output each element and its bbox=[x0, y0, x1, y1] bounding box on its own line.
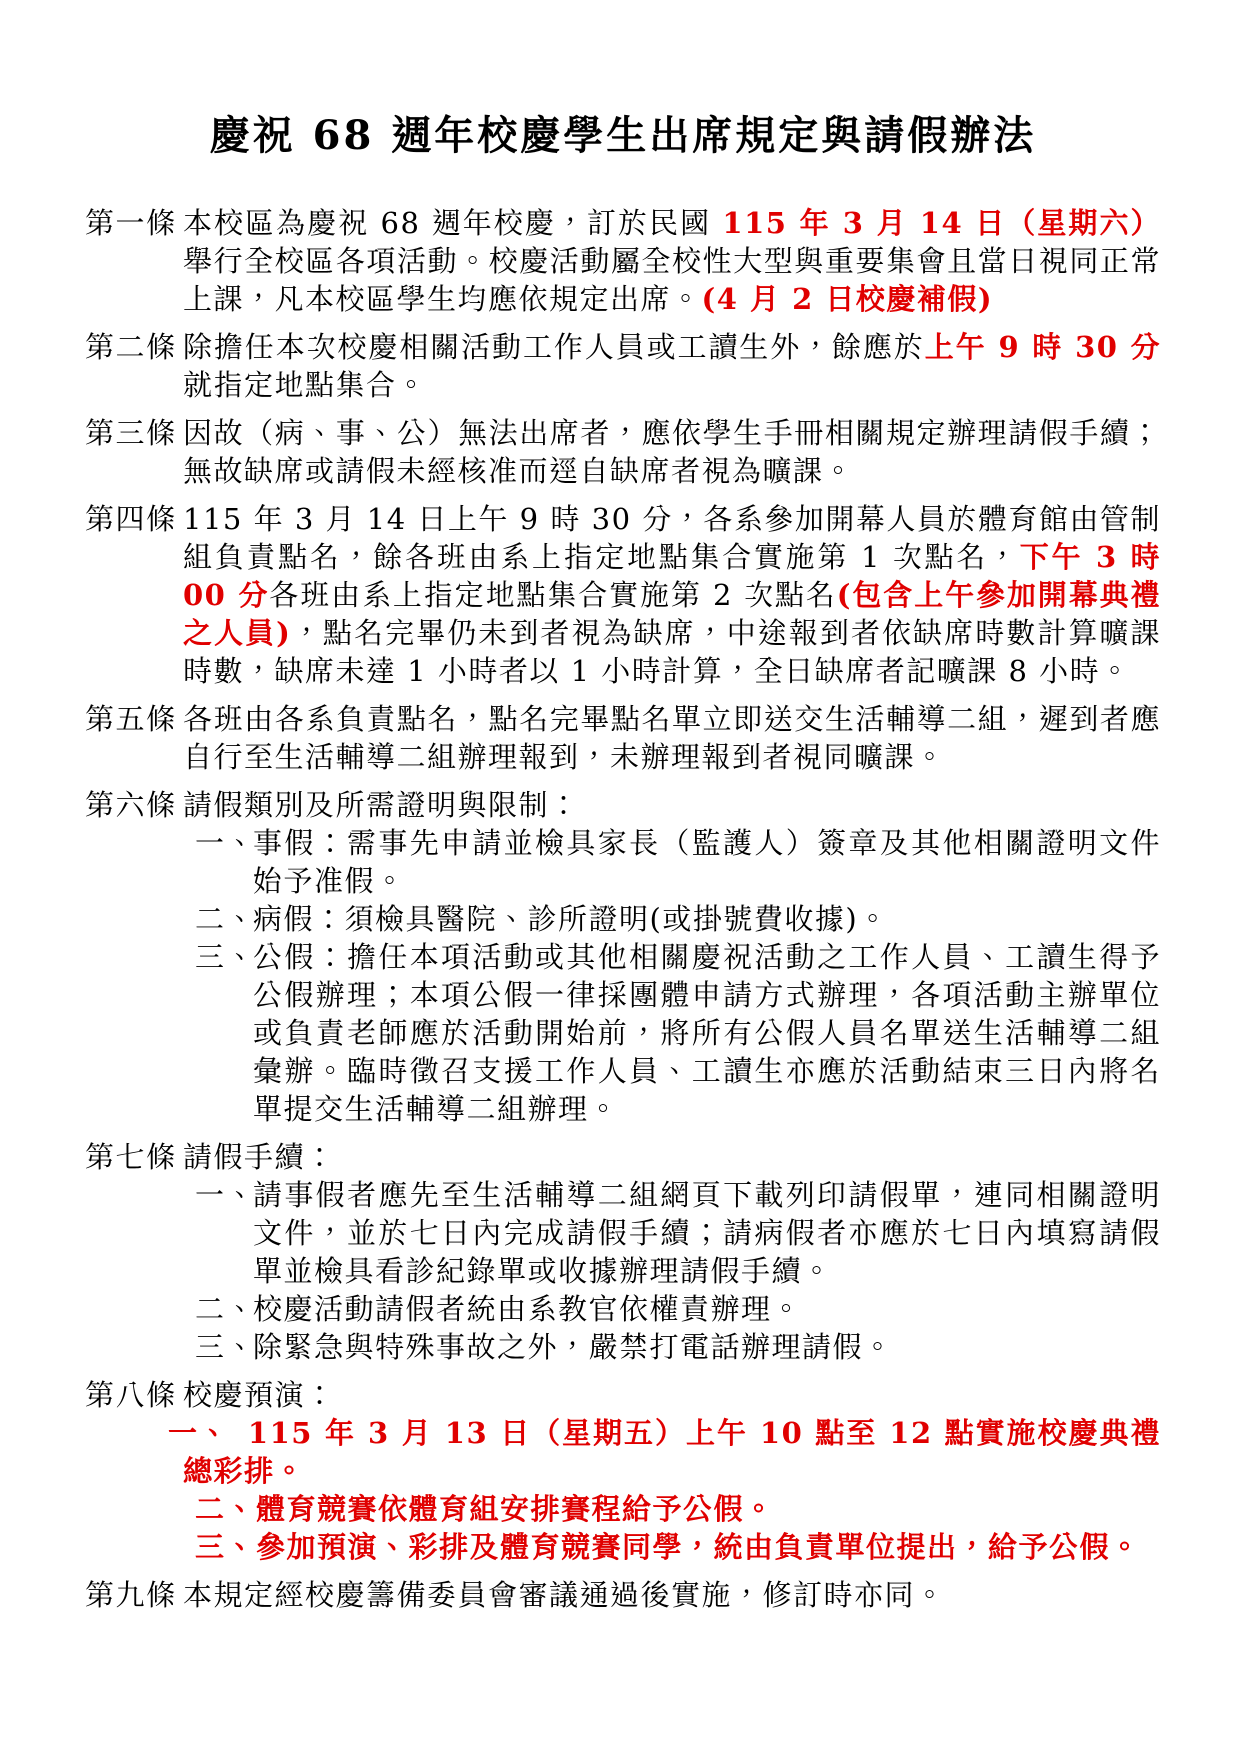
article-text: 校慶預演： bbox=[183, 1376, 1161, 1414]
article-text: 請假類別及所需證明與限制： bbox=[183, 786, 1161, 824]
article-body: 115 年 3 月 14 日上午 9 時 30 分，各系參加開幕人員於體育館由管… bbox=[183, 500, 1161, 690]
text-segment: 各班由各系負責點名，點名完畢點名單立即送交生活輔導二組，遲到者應自行至生活輔導二… bbox=[183, 702, 1161, 774]
article-label: 第三條 bbox=[85, 414, 183, 452]
item-marker: 三、 bbox=[195, 1328, 256, 1366]
article-text: 本規定經校慶籌備委員會審議通過後實施，修訂時亦同。 bbox=[183, 1576, 1161, 1614]
article-label: 第七條 bbox=[85, 1138, 183, 1176]
text-segment: 上午 9 時 30 分 bbox=[925, 330, 1161, 364]
article: 第八條校慶預演：一、115 年 3 月 13 日（星期五）上午 10 點至 12… bbox=[85, 1376, 1161, 1566]
item-marker: 一、 bbox=[168, 1416, 230, 1450]
article-label: 第二條 bbox=[85, 328, 183, 366]
article-text: 除擔任本次校慶相關活動工作人員或工讀生外，餘應於上午 9 時 30 分就指定地點… bbox=[183, 328, 1161, 404]
list-item: 二、病假：須檢具醫院、診所證明(或掛號費收據)。 bbox=[183, 900, 1161, 938]
article-label: 第一條 bbox=[85, 204, 183, 242]
article-text: 請假手續： bbox=[183, 1138, 1161, 1176]
article-label: 第九條 bbox=[85, 1576, 183, 1614]
list-item: 二、體育競賽依體育組安排賽程給予公假。 bbox=[183, 1490, 1161, 1528]
document-title: 慶祝 68 週年校慶學生出席規定與請假辦法 bbox=[85, 110, 1161, 162]
item-marker: 二、 bbox=[195, 1290, 256, 1328]
article-text: 各班由各系負責點名，點名完畢點名單立即送交生活輔導二組，遲到者應自行至生活輔導二… bbox=[183, 700, 1161, 776]
item-marker: 一、 bbox=[195, 824, 256, 862]
text-segment: 本校區為慶祝 68 週年校慶，訂於民國 bbox=[183, 206, 722, 240]
article: 第九條本規定經校慶籌備委員會審議通過後實施，修訂時亦同。 bbox=[85, 1576, 1161, 1614]
articles-list: 第一條本校區為慶祝 68 週年校慶，訂於民國 115 年 3 月 14 日（星期… bbox=[85, 204, 1161, 1614]
text-segment: 公假：擔任本項活動或其他相關慶祝活動之工作人員、工讀生得予公假辦理；本項公假一律… bbox=[253, 940, 1161, 1126]
text-segment: 請事假者應先至生活輔導二組網頁下載列印請假單，連同相關證明文件，並於七日內完成請… bbox=[253, 1178, 1161, 1288]
text-segment: 校慶活動請假者統由系教官依權責辦理。 bbox=[253, 1292, 802, 1326]
item-marker: 一、 bbox=[195, 1176, 256, 1214]
article-label: 第五條 bbox=[85, 700, 183, 738]
text-segment: 請假手續： bbox=[183, 1140, 336, 1174]
text-segment: ，點名完畢仍未到者視為缺席，中途報到者依缺席時數計算曠課時數，缺席未達 1 小時… bbox=[183, 616, 1161, 688]
item-marker: 二、 bbox=[195, 1492, 256, 1526]
list-item: 一、115 年 3 月 13 日（星期五）上午 10 點至 12 點實施校慶典禮… bbox=[168, 1414, 1161, 1490]
text-segment: 事假：需事先申請並檢具家長（監護人）簽章及其他相關證明文件始予准假。 bbox=[253, 826, 1161, 898]
item-marker: 三、 bbox=[195, 938, 256, 976]
article-label: 第四條 bbox=[85, 500, 183, 538]
article-body: 本校區為慶祝 68 週年校慶，訂於民國 115 年 3 月 14 日（星期六）舉… bbox=[183, 204, 1161, 318]
text-segment: 115 年 3 月 13 日（星期五）上午 10 點至 12 點實施校慶典禮總彩… bbox=[183, 1416, 1161, 1488]
article-body: 本規定經校慶籌備委員會審議通過後實施，修訂時亦同。 bbox=[183, 1576, 1161, 1614]
text-segment: 校慶預演： bbox=[183, 1378, 336, 1412]
text-segment: 115 年 3 月 14 日（星期六） bbox=[722, 206, 1161, 240]
list-item: 三、除緊急與特殊事故之外，嚴禁打電話辦理請假。 bbox=[183, 1328, 1161, 1366]
article-body: 校慶預演：一、115 年 3 月 13 日（星期五）上午 10 點至 12 點實… bbox=[183, 1376, 1161, 1566]
article: 第二條除擔任本次校慶相關活動工作人員或工讀生外，餘應於上午 9 時 30 分就指… bbox=[85, 328, 1161, 404]
list-item: 二、校慶活動請假者統由系教官依權責辦理。 bbox=[183, 1290, 1161, 1328]
article-body: 請假類別及所需證明與限制：一、事假：需事先申請並檢具家長（監護人）簽章及其他相關… bbox=[183, 786, 1161, 1128]
text-segment: 各班由系上指定地點集合實施第 2 次點名 bbox=[269, 578, 837, 612]
text-segment: 除緊急與特殊事故之外，嚴禁打電話辦理請假。 bbox=[253, 1330, 894, 1364]
item-marker: 三、 bbox=[195, 1530, 256, 1564]
article: 第四條115 年 3 月 14 日上午 9 時 30 分，各系參加開幕人員於體育… bbox=[85, 500, 1161, 690]
article-label: 第六條 bbox=[85, 786, 183, 824]
text-segment: 體育競賽依體育組安排賽程給予公假。 bbox=[256, 1492, 775, 1526]
list-item: 一、請事假者應先至生活輔導二組網頁下載列印請假單，連同相關證明文件，並於七日內完… bbox=[183, 1176, 1161, 1290]
article: 第三條因故（病、事、公）無法出席者，應依學生手冊相關規定辦理請假手續；無故缺席或… bbox=[85, 414, 1161, 490]
article-text: 115 年 3 月 14 日上午 9 時 30 分，各系參加開幕人員於體育館由管… bbox=[183, 500, 1161, 690]
text-segment: 本規定經校慶籌備委員會審議通過後實施，修訂時亦同。 bbox=[183, 1578, 946, 1612]
article-body: 請假手續：一、請事假者應先至生活輔導二組網頁下載列印請假單，連同相關證明文件，並… bbox=[183, 1138, 1161, 1366]
list-item: 一、事假：需事先申請並檢具家長（監護人）簽章及其他相關證明文件始予准假。 bbox=[183, 824, 1161, 900]
text-segment: 因故（病、事、公）無法出席者，應依學生手冊相關規定辦理請假手續；無故缺席或請假未… bbox=[183, 416, 1161, 488]
article-body: 除擔任本次校慶相關活動工作人員或工讀生外，餘應於上午 9 時 30 分就指定地點… bbox=[183, 328, 1161, 404]
article-label: 第八條 bbox=[85, 1376, 183, 1414]
text-segment: 病假：須檢具醫院、診所證明(或掛號費收據)。 bbox=[253, 902, 889, 936]
article-body: 各班由各系負責點名，點名完畢點名單立即送交生活輔導二組，遲到者應自行至生活輔導二… bbox=[183, 700, 1161, 776]
article: 第五條各班由各系負責點名，點名完畢點名單立即送交生活輔導二組，遲到者應自行至生活… bbox=[85, 700, 1161, 776]
article: 第六條請假類別及所需證明與限制：一、事假：需事先申請並檢具家長（監護人）簽章及其… bbox=[85, 786, 1161, 1128]
text-segment: 就指定地點集合。 bbox=[183, 368, 427, 402]
list-item: 三、參加預演、彩排及體育競賽同學，統由負責單位提出，給予公假。 bbox=[183, 1528, 1161, 1566]
article-text: 因故（病、事、公）無法出席者，應依學生手冊相關規定辦理請假手續；無故缺席或請假未… bbox=[183, 414, 1161, 490]
list-item: 三、公假：擔任本項活動或其他相關慶祝活動之工作人員、工讀生得予公假辦理；本項公假… bbox=[183, 938, 1161, 1128]
article-body: 因故（病、事、公）無法出席者，應依學生手冊相關規定辦理請假手續；無故缺席或請假未… bbox=[183, 414, 1161, 490]
article: 第一條本校區為慶祝 68 週年校慶，訂於民國 115 年 3 月 14 日（星期… bbox=[85, 204, 1161, 318]
item-marker: 二、 bbox=[195, 900, 256, 938]
text-segment: (4 月 2 日校慶補假) bbox=[702, 282, 994, 316]
text-segment: 參加預演、彩排及體育競賽同學，統由負責單位提出，給予公假。 bbox=[256, 1530, 1141, 1564]
text-segment: 舉行全校區各項活動。校慶活動屬全校性大型與重要集會且當日視同正常上課，凡本校區學… bbox=[183, 244, 1161, 316]
text-segment: 請假類別及所需證明與限制： bbox=[183, 788, 580, 822]
text-segment: 除擔任本次校慶相關活動工作人員或工讀生外，餘應於 bbox=[183, 330, 925, 364]
document-page: 慶祝 68 週年校慶學生出席規定與請假辦法 第一條本校區為慶祝 68 週年校慶，… bbox=[0, 0, 1241, 1755]
article: 第七條請假手續：一、請事假者應先至生活輔導二組網頁下載列印請假單，連同相關證明文… bbox=[85, 1138, 1161, 1366]
text-segment: 115 年 3 月 14 日上午 9 時 30 分，各系參加開幕人員於體育館由管… bbox=[183, 502, 1161, 574]
article-text: 本校區為慶祝 68 週年校慶，訂於民國 115 年 3 月 14 日（星期六）舉… bbox=[183, 204, 1161, 318]
